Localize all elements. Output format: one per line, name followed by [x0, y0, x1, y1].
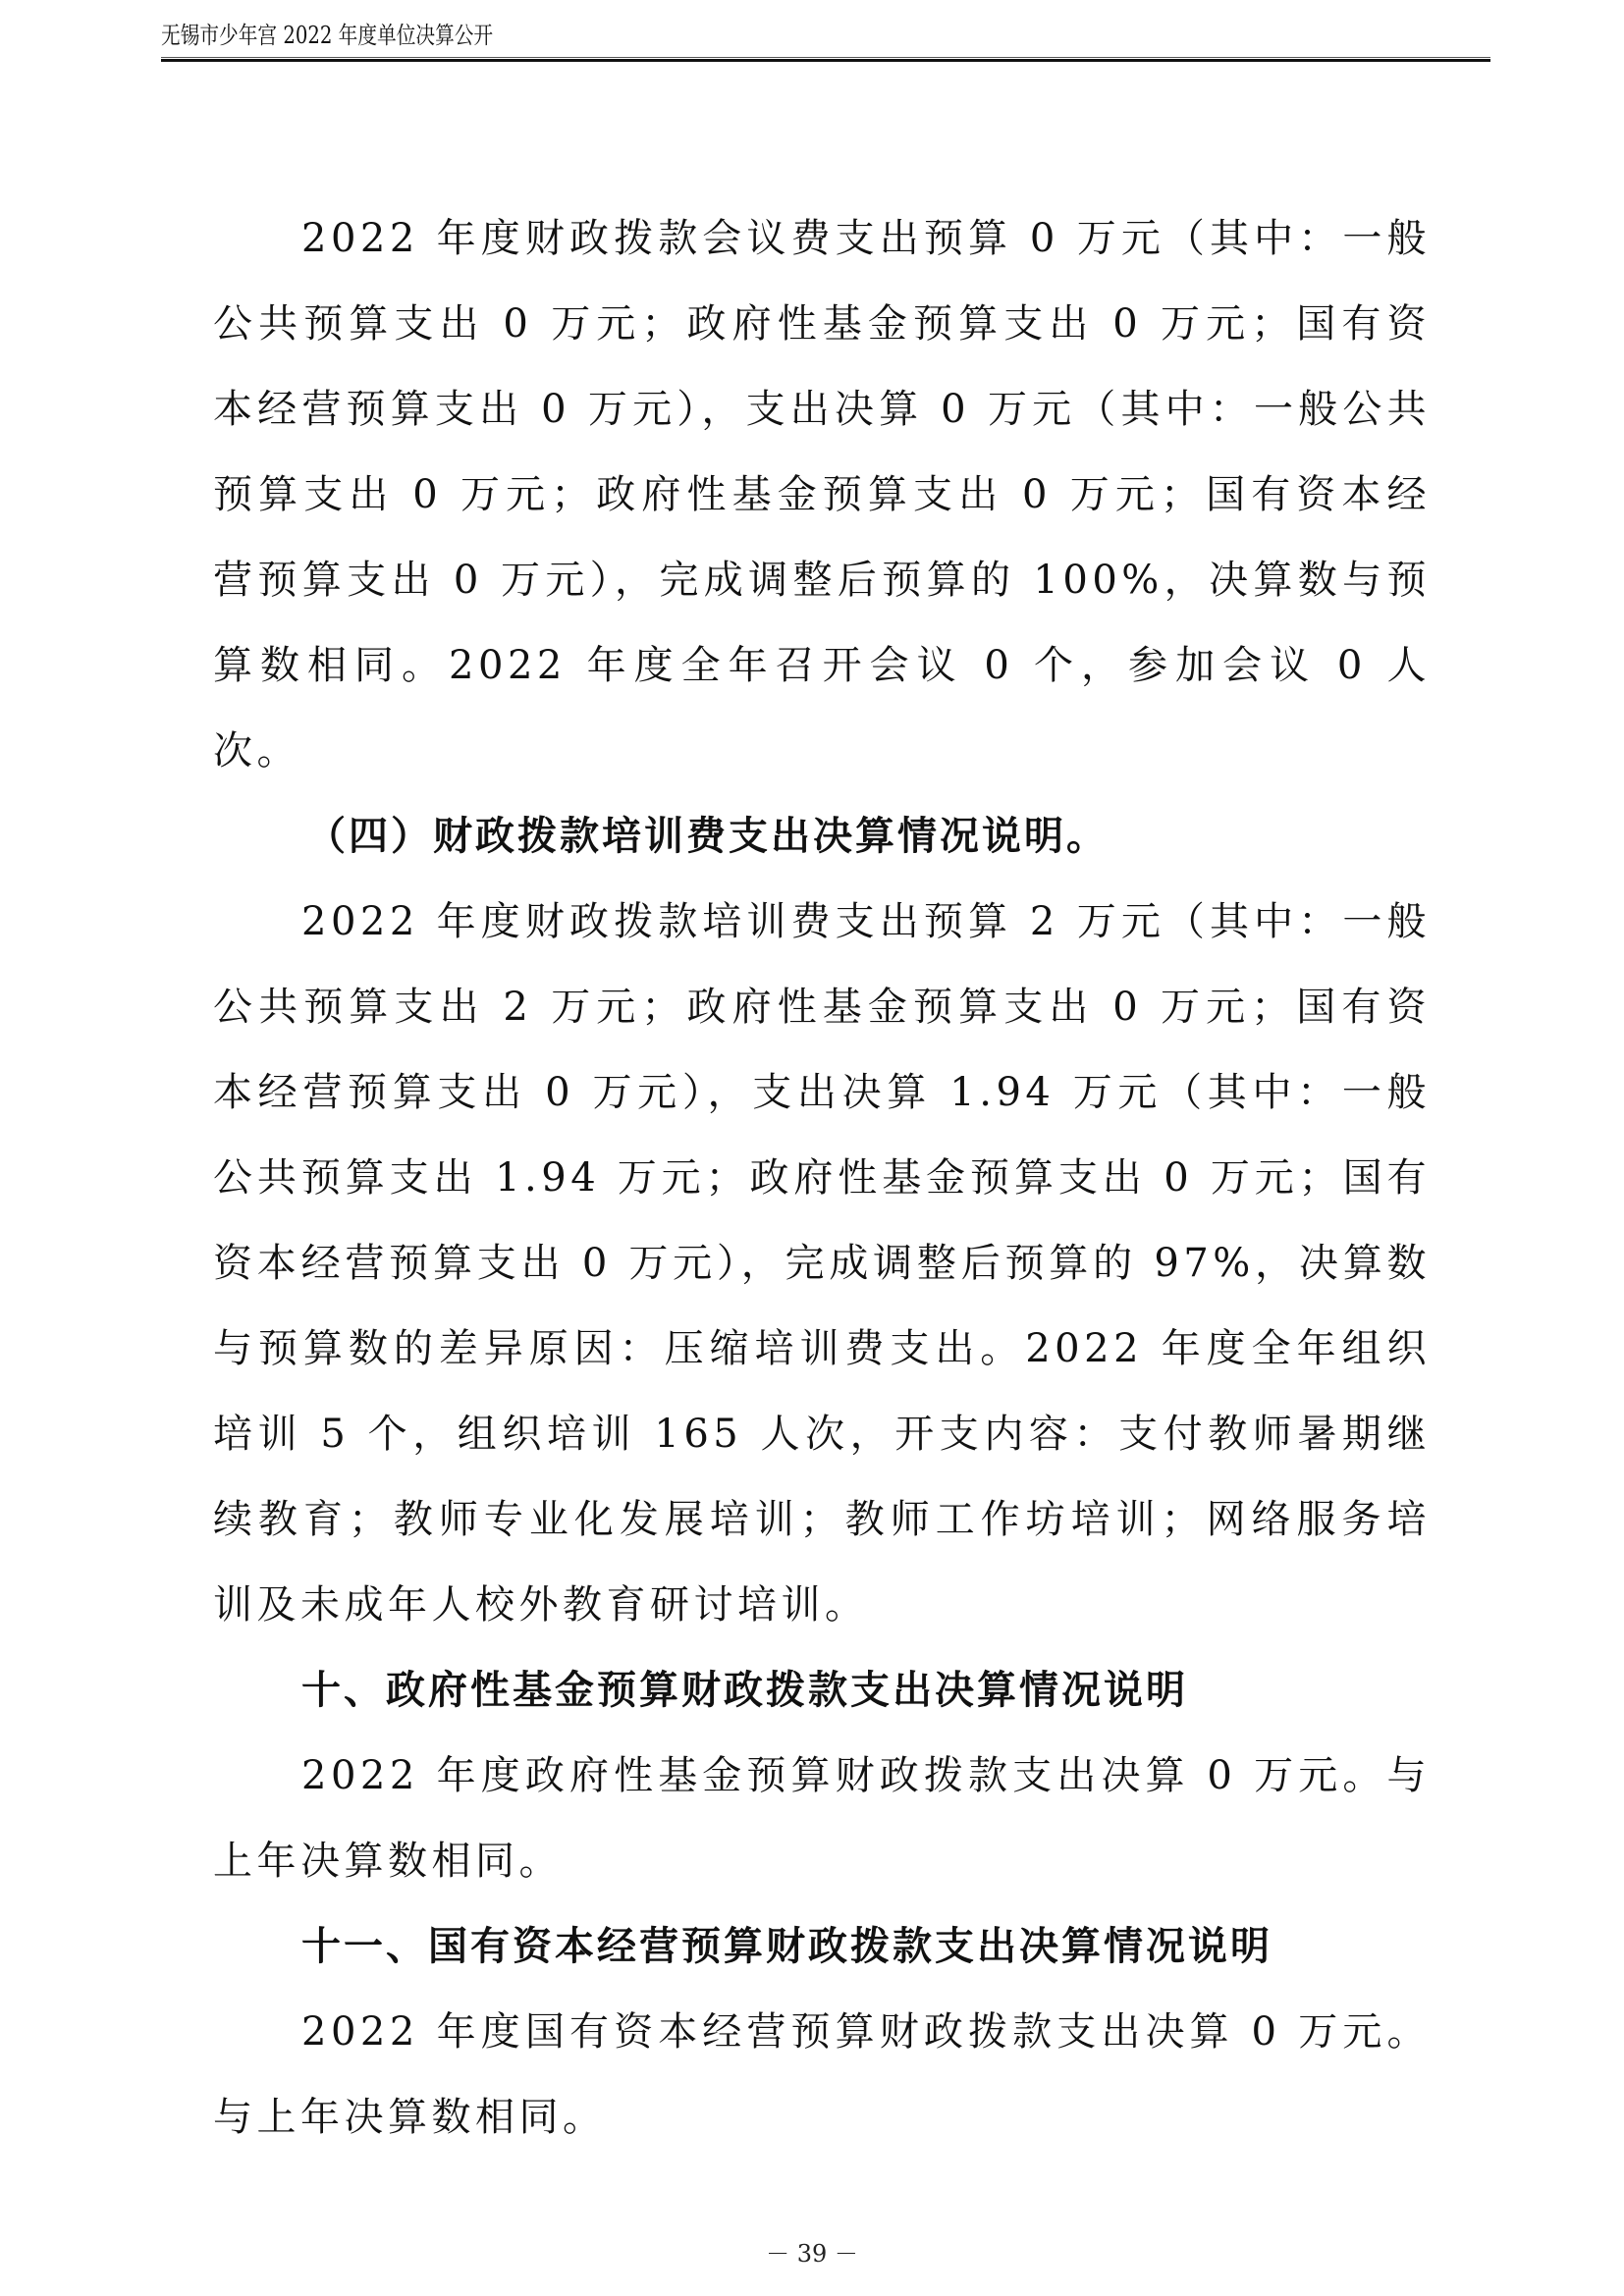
meeting-expense-paragraph: 2022 年度财政拨款会议费支出预算 0 万元（其中：一般公共预算支出 0 万元… — [213, 196, 1431, 794]
page-header: 无锡市少年宫 2022 年度单位决算公开 — [161, 20, 1490, 62]
page-number: － 39 － — [0, 2234, 1624, 2269]
state-capital-heading: 十一、国有资本经营预算财政拨款支出决算情况说明 — [213, 1904, 1431, 1990]
training-expense-paragraph: 2022 年度财政拨款培训费支出预算 2 万元（其中：一般公共预算支出 2 万元… — [213, 880, 1431, 1648]
government-fund-paragraph: 2022 年度政府性基金预算财政拨款支出决算 0 万元。与上年决算数相同。 — [213, 1734, 1431, 1904]
training-expense-subheading: （四）财政拨款培训费支出决算情况说明。 — [213, 794, 1431, 880]
state-capital-paragraph: 2022 年度国有资本经营预算财政拨款支出决算 0 万元。与上年决算数相同。 — [213, 1990, 1431, 2161]
header-divider — [161, 57, 1490, 62]
document-title: 无锡市少年宫 2022 年度单位决算公开 — [161, 20, 1251, 51]
government-fund-heading: 十、政府性基金预算财政拨款支出决算情况说明 — [213, 1648, 1431, 1734]
document-body: 2022 年度财政拨款会议费支出预算 0 万元（其中：一般公共预算支出 0 万元… — [213, 196, 1431, 2161]
